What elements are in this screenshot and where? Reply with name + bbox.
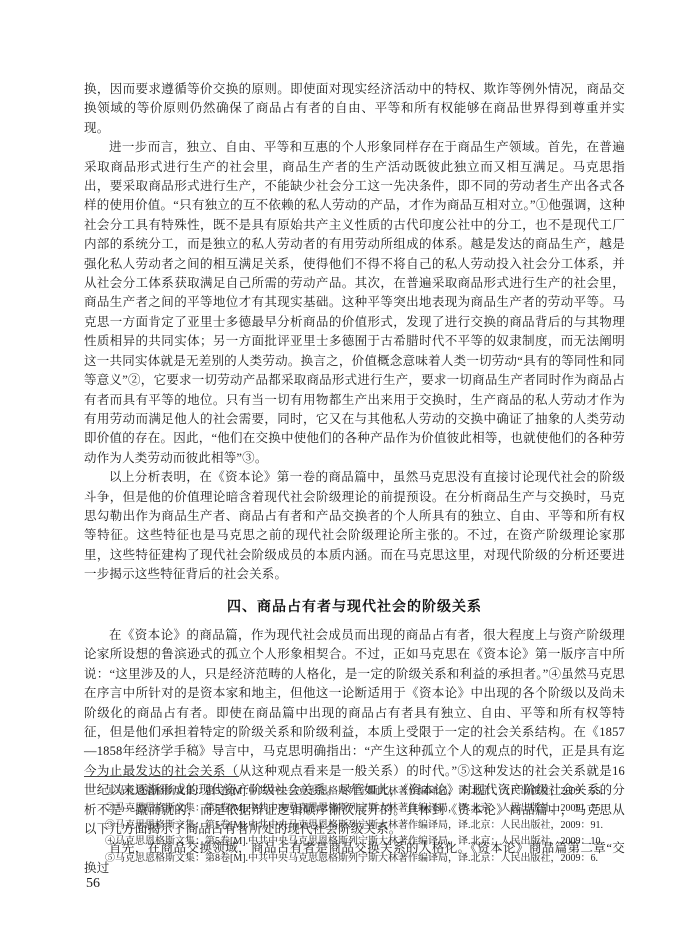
paragraph-commodity-production: 进一步而言，独立、自由、平等和互惠的个人形象同样存在于商品生产领域。首先，在普遍… [84, 138, 625, 468]
paragraph-analysis-summary: 以上分析表明，在《资本论》第一卷的商品篇中，虽然马克思没有直接讨论现代社会的阶级… [84, 468, 625, 584]
paragraph-continuation: 换，因而要求遵循等价交换的原则。即使面对现实经济活动中的特权、欺诈等例外情况，商… [84, 80, 625, 138]
paper-page: 换，因而要求遵循等价交换的原则。即使面对现实经济活动中的特权、欺诈等例外情况，商… [0, 0, 700, 943]
section-heading: 四、商品占有者与现代社会的阶级关系 [84, 597, 625, 616]
footnote-4: ④马克思恩格斯文集：第5卷[M].中共中央马克思恩格斯列宁斯大林著作编译局，译.… [84, 834, 625, 851]
footnotes-section: ①马克思恩格斯文集：第5卷[M].中共中央马克思恩格斯列宁斯大林著作编译局，译.… [84, 776, 625, 868]
footnote-2: ②马克思恩格斯文集：第5卷[M].中共中央马克思恩格斯列宁斯大林著作编译局，译.… [84, 801, 625, 818]
page-number: 56 [86, 876, 100, 892]
footnote-separator [84, 776, 239, 777]
footnote-1: ①马克思恩格斯文集：第5卷[M].中共中央马克思恩格斯列宁斯大林著作编译局，译.… [84, 784, 625, 801]
article-body: 换，因而要求遵循等价交换的原则。即使面对现实经济活动中的特权、欺诈等例外情况，商… [84, 80, 625, 878]
footnote-3: ③马克思恩格斯文集：第5卷[M].中共中央马克思恩格斯列宁斯大林著作编译局，译.… [84, 818, 625, 835]
footnote-5: ⑤马克思恩格斯文集：第8卷[M].中共中央马克思恩格斯列宁斯大林著作编译局，译.… [84, 851, 625, 868]
